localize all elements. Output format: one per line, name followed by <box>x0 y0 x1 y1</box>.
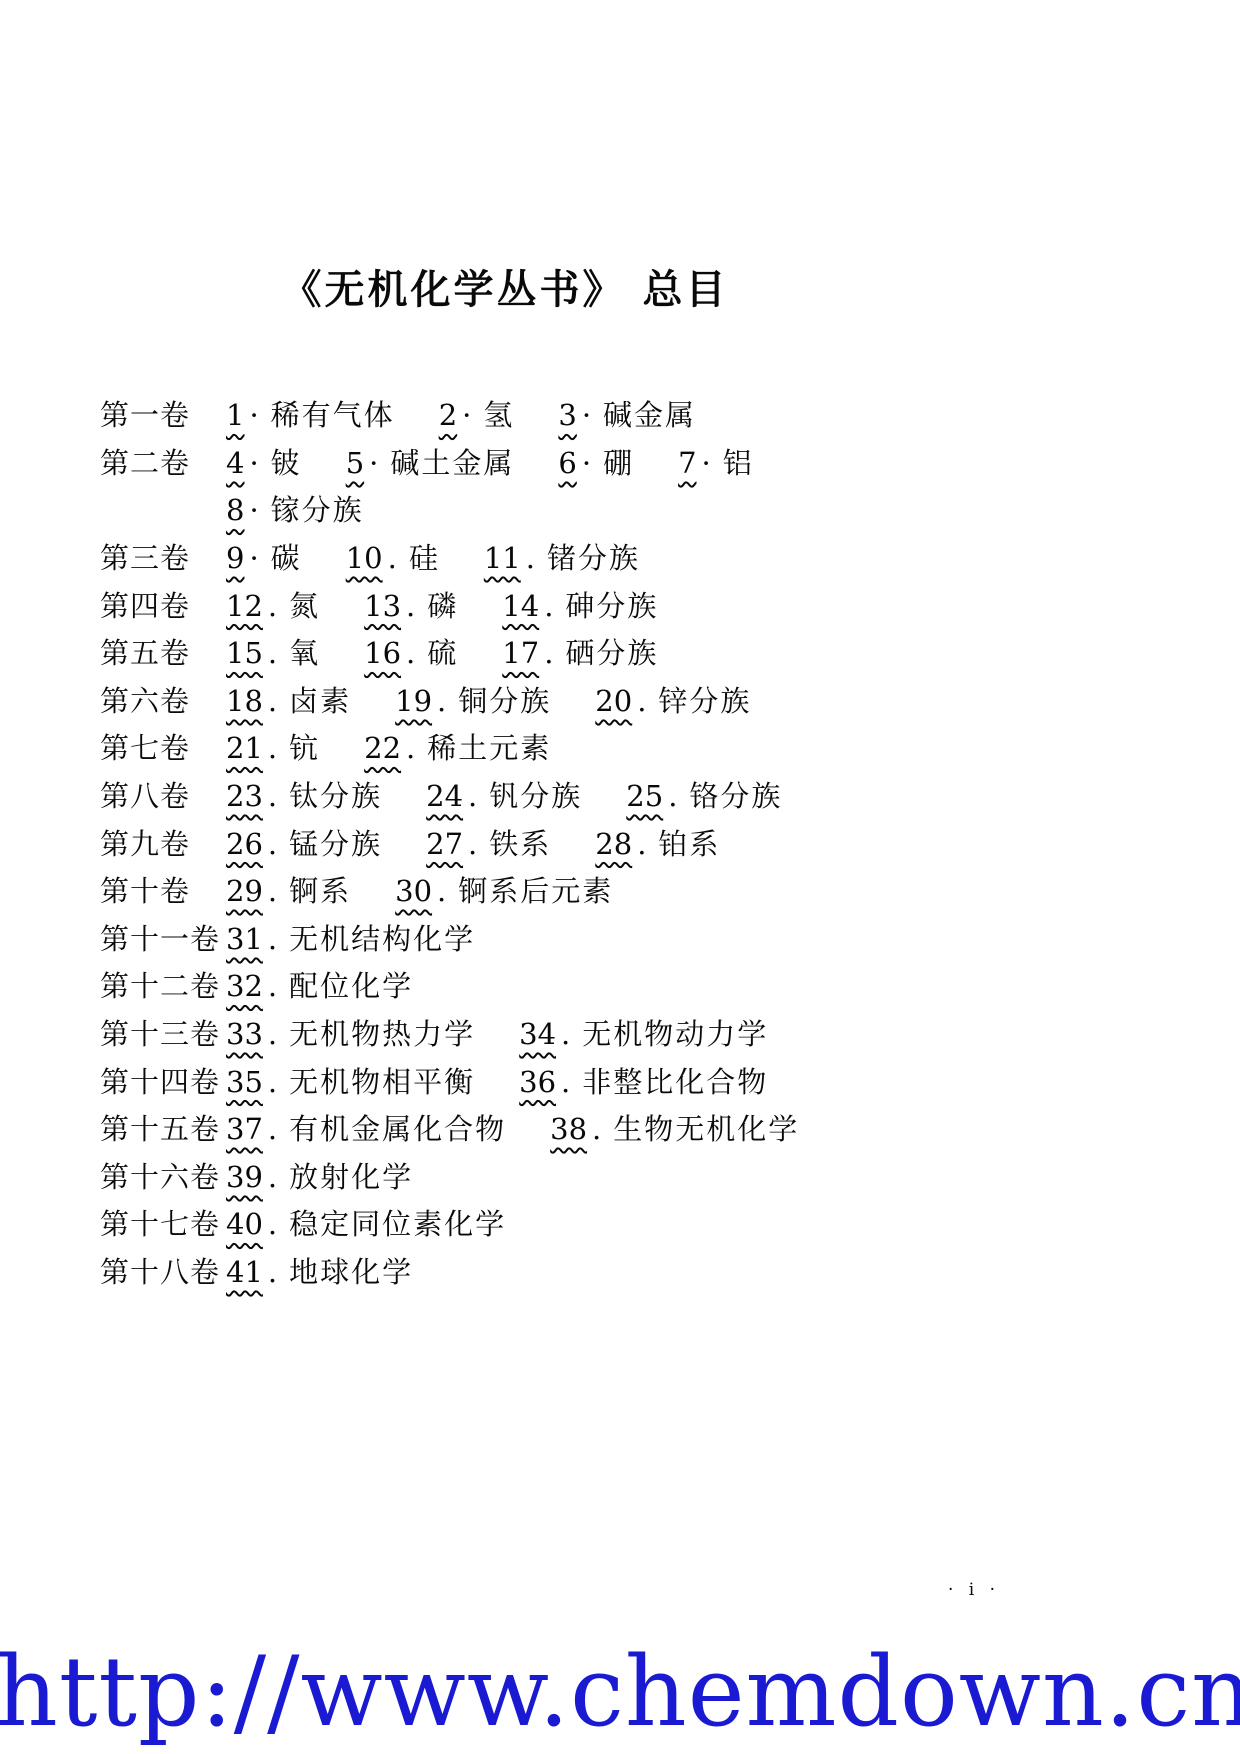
item-number: 23 <box>226 779 263 813</box>
toc-item: 13.磷 <box>364 584 458 625</box>
item-separator: · <box>369 446 378 480</box>
toc-item: 30.锕系后元素 <box>395 869 613 910</box>
item-separator: . <box>268 731 277 765</box>
toc-row: 第十一卷31.无机结构化学 <box>100 914 1140 962</box>
toc-item: 38.生物无机化学 <box>550 1107 799 1148</box>
toc-item: 35.无机物相平衡 <box>226 1060 475 1101</box>
item-title: 锕系后元素 <box>458 869 613 910</box>
volume-label: 第二卷 <box>100 441 226 482</box>
item-number: 22 <box>364 731 401 765</box>
toc-item: 24.钒分族 <box>426 774 582 815</box>
toc-item: 33.无机物热力学 <box>226 1012 475 1053</box>
item-number: 15 <box>226 636 263 670</box>
toc-row: 第九卷26.锰分族27.铁系28.铂系 <box>100 818 1140 866</box>
item-number: 26 <box>226 827 263 861</box>
item-title: 无机物热力学 <box>289 1012 475 1053</box>
item-number: 6 <box>558 446 576 480</box>
toc-item: 17.硒分族 <box>502 631 658 672</box>
item-title: 碱金属 <box>603 393 696 434</box>
toc-row: 第一卷1·稀有气体2·氢3·碱金属 <box>100 390 1140 438</box>
volume-label: 第八卷 <box>100 774 226 815</box>
item-separator: . <box>637 684 646 718</box>
item-number: 33 <box>226 1017 263 1051</box>
item-number: 30 <box>395 874 432 908</box>
toc-row: 第十四卷35.无机物相平衡36.非整比化合物 <box>100 1056 1140 1104</box>
item-number: 7 <box>678 446 696 480</box>
item-number: 20 <box>595 684 632 718</box>
toc-item: 8·镓分族 <box>226 488 364 529</box>
item-title: 稀土元素 <box>427 726 551 767</box>
toc-item: 40.稳定同位素化学 <box>226 1202 506 1243</box>
item-separator: . <box>268 874 277 908</box>
item-separator: . <box>437 684 446 718</box>
volume-label: 第十七卷 <box>100 1202 226 1243</box>
item-number: 37 <box>226 1112 263 1146</box>
toc-item: 10.硅 <box>346 536 440 577</box>
item-separator: · <box>582 398 591 432</box>
item-separator: . <box>268 1207 277 1241</box>
volume-label: 第七卷 <box>100 726 226 767</box>
volume-label: 第四卷 <box>100 584 226 625</box>
toc-item: 36.非整比化合物 <box>519 1060 768 1101</box>
item-title: 镓分族 <box>271 488 364 529</box>
toc-item: 32.配位化学 <box>226 964 413 1005</box>
volume-label: 第十六卷 <box>100 1155 226 1196</box>
volume-label: 第三卷 <box>100 536 226 577</box>
item-number: 24 <box>426 779 463 813</box>
toc-row: 第十六卷39.放射化学 <box>100 1152 1140 1200</box>
item-number: 36 <box>519 1065 556 1099</box>
volume-label: 第十四卷 <box>100 1060 226 1101</box>
toc-item: 20.锌分族 <box>595 679 751 720</box>
item-number: 19 <box>395 684 432 718</box>
item-separator: . <box>268 589 277 623</box>
item-separator: · <box>249 493 258 527</box>
toc-row: 第十三卷33.无机物热力学34.无机物动力学 <box>100 1009 1140 1057</box>
item-title: 锰分族 <box>289 822 382 863</box>
item-title: 铍 <box>271 441 302 482</box>
volume-label: 第九卷 <box>100 822 226 863</box>
item-number: 10 <box>346 541 383 575</box>
item-separator: . <box>268 922 277 956</box>
item-separator: . <box>268 636 277 670</box>
page-title: 《无机化学丛书》 总目 <box>0 258 1010 315</box>
toc-row: 第七卷21.钪22.稀土元素 <box>100 723 1140 771</box>
item-title: 无机物相平衡 <box>289 1060 475 1101</box>
item-number: 2 <box>439 398 457 432</box>
item-separator: . <box>268 684 277 718</box>
item-number: 34 <box>519 1017 556 1051</box>
item-separator: · <box>702 446 711 480</box>
toc-item: 14.砷分族 <box>502 584 658 625</box>
item-separator: . <box>437 874 446 908</box>
volume-label: 第五卷 <box>100 631 226 672</box>
item-title: 钪 <box>289 726 320 767</box>
volume-label: 第一卷 <box>100 393 226 434</box>
item-number: 39 <box>226 1160 263 1194</box>
volume-label: 第十八卷 <box>100 1250 226 1291</box>
toc-row: 第十八卷41.地球化学 <box>100 1247 1140 1295</box>
item-title: 锕系 <box>289 869 351 910</box>
item-number: 21 <box>226 731 263 765</box>
toc-item: 27.铁系 <box>426 822 551 863</box>
item-number: 28 <box>595 827 632 861</box>
item-separator: . <box>406 636 415 670</box>
item-number: 8 <box>226 493 244 527</box>
toc-row: 第二卷4·铍5·碱土金属6·硼7·铝 <box>100 438 1140 486</box>
item-number: 18 <box>226 684 263 718</box>
item-number: 38 <box>550 1112 587 1146</box>
item-separator: . <box>268 969 277 1003</box>
volume-label: 第十卷 <box>100 869 226 910</box>
item-separator: . <box>268 1112 277 1146</box>
item-title: 无机物动力学 <box>582 1012 768 1053</box>
item-title: 锗分族 <box>547 536 640 577</box>
watermark-url: http://www.chemdown.cn <box>0 1636 1240 1748</box>
item-number: 41 <box>226 1255 263 1289</box>
item-title: 稳定同位素化学 <box>289 1202 506 1243</box>
item-number: 11 <box>484 541 521 575</box>
item-title: 锌分族 <box>658 679 751 720</box>
item-number: 4 <box>226 446 244 480</box>
item-title: 铝 <box>723 441 754 482</box>
item-title: 钛分族 <box>289 774 382 815</box>
toc-item: 19.铜分族 <box>395 679 551 720</box>
volume-label: 第六卷 <box>100 679 226 720</box>
toc-item: 4·铍 <box>226 441 302 482</box>
item-title: 钒分族 <box>489 774 582 815</box>
toc-row: 第十五卷37.有机金属化合物38.生物无机化学 <box>100 1104 1140 1152</box>
item-title: 配位化学 <box>289 964 413 1005</box>
item-separator: . <box>268 1017 277 1051</box>
toc-item: 29.锕系 <box>226 869 351 910</box>
item-number: 31 <box>226 922 263 956</box>
item-title: 铁系 <box>489 822 551 863</box>
item-separator: . <box>637 827 646 861</box>
toc-item: 34.无机物动力学 <box>519 1012 768 1053</box>
item-title: 非整比化合物 <box>582 1060 768 1101</box>
item-title: 铬分族 <box>689 774 782 815</box>
toc-item: 12.氮 <box>226 584 320 625</box>
item-separator: . <box>561 1017 570 1051</box>
item-separator: . <box>544 589 553 623</box>
item-title: 硫 <box>427 631 458 672</box>
scanned-document-page: 《无机化学丛书》 总目 第一卷1·稀有气体2·氢3·碱金属第二卷4·铍5·碱土金… <box>0 0 1240 1754</box>
toc-item: 2·氢 <box>439 393 515 434</box>
item-separator: · <box>462 398 471 432</box>
item-separator: . <box>668 779 677 813</box>
item-separator: . <box>592 1112 601 1146</box>
toc-row: 第十七卷40.稳定同位素化学 <box>100 1199 1140 1247</box>
item-separator: . <box>468 827 477 861</box>
item-number: 32 <box>226 969 263 1003</box>
item-title: 有机金属化合物 <box>289 1107 506 1148</box>
item-separator: . <box>268 827 277 861</box>
item-separator: · <box>582 446 591 480</box>
item-title: 放射化学 <box>289 1155 413 1196</box>
page-number: · i · <box>948 1580 1000 1600</box>
item-number: 17 <box>502 636 539 670</box>
item-number: 1 <box>226 398 244 432</box>
toc-item: 16.硫 <box>364 631 458 672</box>
toc-row: 第三卷9·碳10.硅11.锗分族 <box>100 533 1140 581</box>
item-separator: · <box>249 398 258 432</box>
toc-item: 9·碳 <box>226 536 302 577</box>
item-separator: . <box>268 1160 277 1194</box>
toc-item: 3·碱金属 <box>558 393 696 434</box>
toc-item: 5·碱土金属 <box>346 441 515 482</box>
toc-item: 11.锗分族 <box>484 536 640 577</box>
item-title: 硒分族 <box>565 631 658 672</box>
item-separator: . <box>268 779 277 813</box>
item-separator: . <box>268 1065 277 1099</box>
item-number: 9 <box>226 541 244 575</box>
volume-label: 第十五卷 <box>100 1107 226 1148</box>
item-title: 碱土金属 <box>390 441 514 482</box>
item-number: 27 <box>426 827 463 861</box>
toc-row: 第五卷15.氧16.硫17.硒分族 <box>100 628 1140 676</box>
item-number: 13 <box>364 589 401 623</box>
toc-row: 第十二卷32.配位化学 <box>100 961 1140 1009</box>
item-title: 磷 <box>427 584 458 625</box>
item-title: 氢 <box>483 393 514 434</box>
item-number: 29 <box>226 874 263 908</box>
toc-item: 18.卤素 <box>226 679 351 720</box>
item-number: 35 <box>226 1065 263 1099</box>
item-separator: . <box>406 589 415 623</box>
item-separator: . <box>544 636 553 670</box>
toc-row: 第四卷12.氮13.磷14.砷分族 <box>100 580 1140 628</box>
item-separator: . <box>406 731 415 765</box>
toc-item: 25.铬分族 <box>626 774 782 815</box>
toc-rows: 第一卷1·稀有气体2·氢3·碱金属第二卷4·铍5·碱土金属6·硼7·铝8·镓分族… <box>100 390 1140 1294</box>
toc-item: 26.锰分族 <box>226 822 382 863</box>
toc-item: 37.有机金属化合物 <box>226 1107 506 1148</box>
item-separator: . <box>561 1065 570 1099</box>
item-title: 卤素 <box>289 679 351 720</box>
toc-item: 41.地球化学 <box>226 1250 413 1291</box>
item-number: 14 <box>502 589 539 623</box>
item-number: 16 <box>364 636 401 670</box>
volume-label: 第十三卷 <box>100 1012 226 1053</box>
item-title: 无机结构化学 <box>289 917 475 958</box>
volume-label: 第十二卷 <box>100 964 226 1005</box>
toc-item: 39.放射化学 <box>226 1155 413 1196</box>
toc-item: 21.钪 <box>226 726 320 767</box>
toc-row: 第八卷23.钛分族24.钒分族25.铬分族 <box>100 771 1140 819</box>
item-title: 铜分族 <box>458 679 551 720</box>
toc-item: 1·稀有气体 <box>226 393 395 434</box>
item-number: 5 <box>346 446 364 480</box>
toc-item: 7·铝 <box>678 441 754 482</box>
toc-item: 22.稀土元素 <box>364 726 551 767</box>
item-title: 氧 <box>289 631 320 672</box>
item-number: 3 <box>558 398 576 432</box>
item-separator: . <box>268 1255 277 1289</box>
toc-item: 15.氧 <box>226 631 320 672</box>
item-number: 40 <box>226 1207 263 1241</box>
toc-row: 第十卷29.锕系30.锕系后元素 <box>100 866 1140 914</box>
item-title: 碳 <box>271 536 302 577</box>
toc-item: 6·硼 <box>558 441 634 482</box>
item-separator: · <box>249 446 258 480</box>
toc-item: 28.铂系 <box>595 822 720 863</box>
item-title: 硅 <box>409 536 440 577</box>
item-number: 25 <box>626 779 663 813</box>
item-separator: . <box>388 541 397 575</box>
volume-label: 第十一卷 <box>100 917 226 958</box>
item-separator: . <box>526 541 535 575</box>
item-title: 氮 <box>289 584 320 625</box>
item-title: 地球化学 <box>289 1250 413 1291</box>
toc-row: 第六卷18.卤素19.铜分族20.锌分族 <box>100 676 1140 724</box>
item-title: 硼 <box>603 441 634 482</box>
item-separator: · <box>249 541 258 575</box>
toc-item: 31.无机结构化学 <box>226 917 475 958</box>
toc-item: 23.钛分族 <box>226 774 382 815</box>
item-title: 生物无机化学 <box>613 1107 799 1148</box>
item-title: 稀有气体 <box>271 393 395 434</box>
item-number: 12 <box>226 589 263 623</box>
item-title: 铂系 <box>658 822 720 863</box>
item-separator: . <box>468 779 477 813</box>
toc-row: 8·镓分族 <box>100 485 1140 533</box>
item-title: 砷分族 <box>565 584 658 625</box>
